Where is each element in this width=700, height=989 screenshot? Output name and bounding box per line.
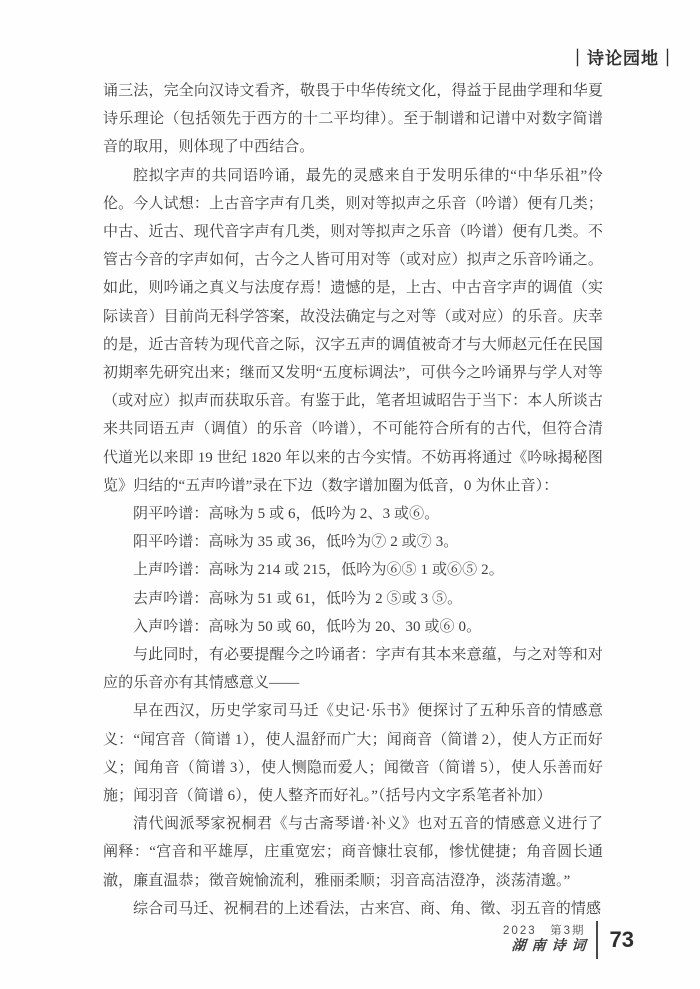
journal-name: 湖南诗词: [502, 938, 592, 956]
page-header: ｜诗论园地｜: [569, 44, 677, 69]
paragraph: 上声吟谱：高咏为 214 或 215，低吟为⑥⑤ 1 或⑥⑤ 2。: [103, 556, 603, 584]
paragraph: 腔拟字声的共同语吟诵，最先的灵感来自于发明乐律的“中华乐祖”伶伦。今人试想：上古…: [103, 162, 603, 500]
issue-line: 2023 第3期: [503, 924, 585, 938]
paragraph: 清代闽派琴家祝桐君《与古斋琴谱·补义》也对五音的情感意义进行了阐释：“宫音和平雄…: [103, 810, 603, 895]
paragraph: 去声吟谱：高咏为 51 或 61，低吟为 2 ⑤或 3 ⑤。: [103, 585, 603, 613]
paragraph: 阳平吟谱：高咏为 35 或 36，低吟为⑦ 2 或⑦ 3。: [103, 528, 603, 556]
page-number: 73: [598, 927, 634, 953]
paragraph: 阴平吟谱：高咏为 5 或 6，低吟为 2、3 或⑥。: [103, 500, 603, 528]
article-body: 诵三法，完全向汉诗文看齐，敬畏于中华传统文化，得益于昆曲学理和华夏诗乐理论（包括…: [103, 77, 603, 923]
section-title: ｜诗论园地｜: [569, 49, 677, 68]
footer-meta: 2023 第3期 湖南诗词: [503, 924, 595, 956]
paragraph: 早在西汉，历史学家司马迁《史记·乐书》便探讨了五种乐音的情感意义：“闻宫音（简谱…: [103, 697, 603, 810]
paragraph: 与此同时，有必要提醒今之吟诵者：字声有其本来意蕴，与之对等和对应的乐音亦有其情感…: [103, 641, 603, 697]
paragraph: 综合司马迁、祝桐君的上述看法，古来宫、商、角、徵、羽五音的情感: [103, 895, 603, 923]
paragraph: 诵三法，完全向汉诗文看齐，敬畏于中华传统文化，得益于昆曲学理和华夏诗乐理论（包括…: [103, 77, 603, 162]
paragraph: 入声吟谱：高咏为 50 或 60，低吟为 20、30 或⑥ 0。: [103, 613, 603, 641]
page-footer: 2023 第3期 湖南诗词 73: [503, 921, 634, 959]
journal-page: ｜诗论园地｜ 诵三法，完全向汉诗文看齐，敬畏于中华传统文化，得益于昆曲学理和华夏…: [0, 0, 700, 989]
